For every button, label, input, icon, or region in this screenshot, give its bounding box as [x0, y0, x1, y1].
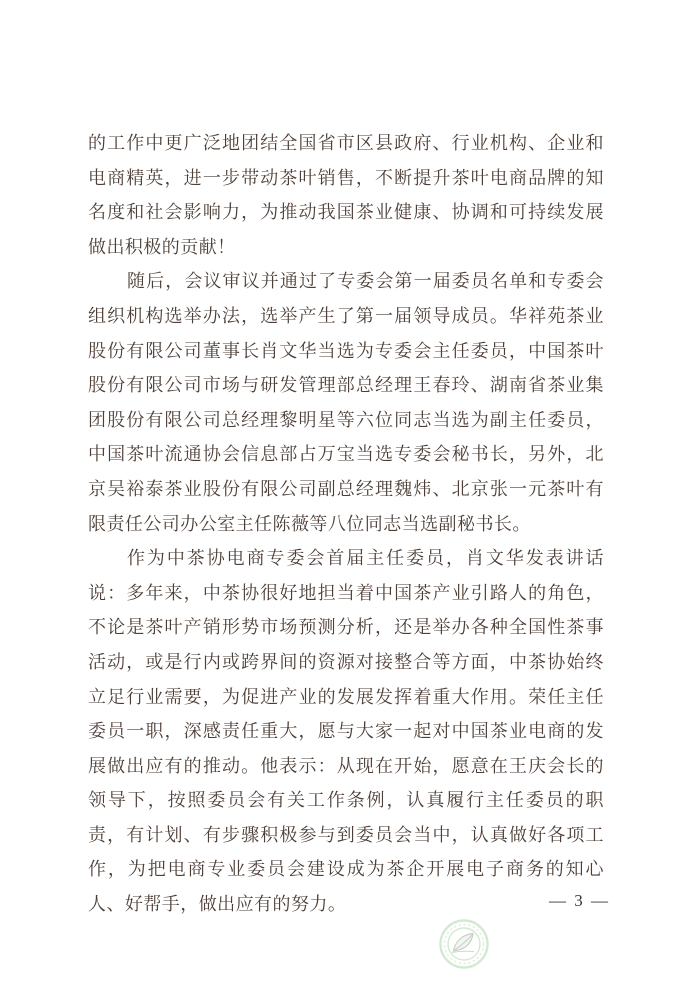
leaf-seal-watermark — [438, 918, 490, 970]
document-body: 的工作中更广泛地团结全国省市区县政府、行业机构、企业和电商精英，进一步带动茶叶销… — [88, 126, 604, 922]
paragraph-election-results: 随后，会议审议并通过了专委会第一届委员名单和专委会组织机构选举办法，选举产生了第… — [88, 264, 604, 541]
document-page: 的工作中更广泛地团结全国省市区县政府、行业机构、企业和电商精英，进一步带动茶叶销… — [0, 0, 699, 988]
page-number: — 3 — — [549, 891, 610, 911]
paragraph-continuation: 的工作中更广泛地团结全国省市区县政府、行业机构、企业和电商精英，进一步带动茶叶销… — [88, 126, 604, 264]
leaf-seal-icon — [438, 918, 490, 970]
paragraph-chairman-speech: 作为中茶协电商专委会首届主任委员，肖文华发表讲话说：多年来，中茶协很好地担当着中… — [88, 541, 604, 922]
